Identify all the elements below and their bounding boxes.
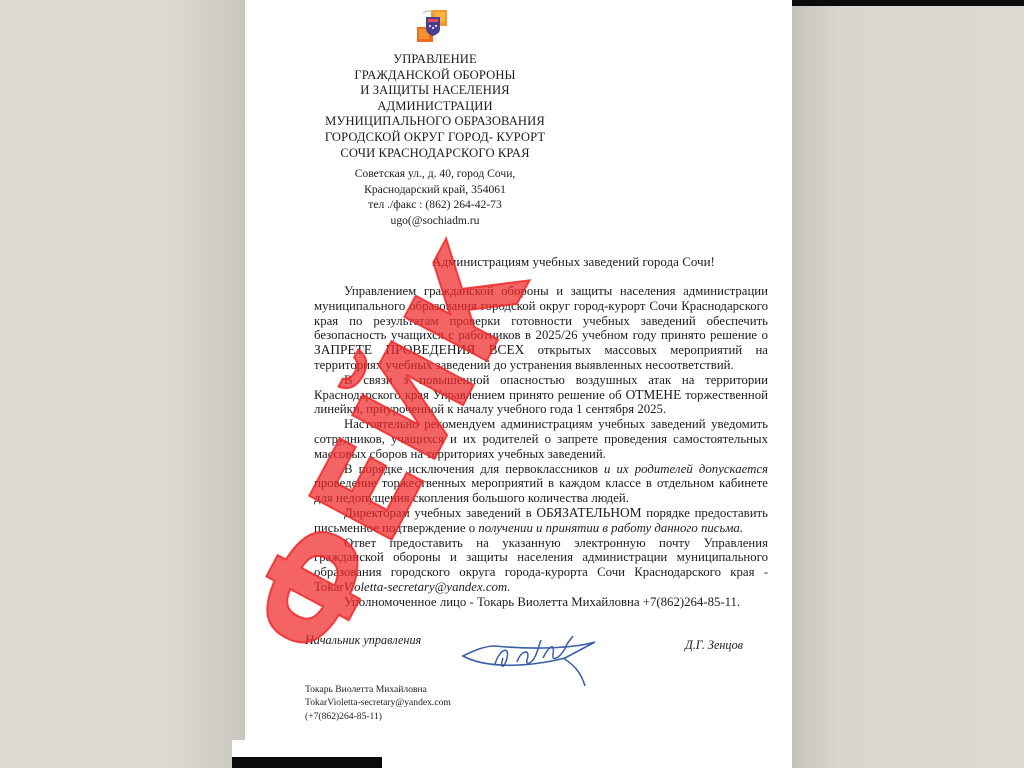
paragraph: Уполномоченное лицо - Токарь Виолетта Ми… — [314, 595, 768, 610]
scan-edge-bottom — [232, 757, 382, 768]
paragraph-text: Уполномоченное лицо - Токарь Виолетта Ми… — [344, 595, 740, 609]
letterhead-line: ГРАЖДАНСКОЙ ОБОРОНЫ — [305, 68, 565, 84]
paragraph: В связи з повышенной опасностью воздушны… — [314, 373, 768, 417]
scan-edge-top — [790, 0, 1024, 6]
letterhead-line: ГОРОДСКОЙ ОКРУГ ГОРОД- КУРОРТ — [305, 130, 565, 146]
emphasis-italic: и их родителей допускается — [604, 462, 768, 476]
contact-phone: (+7(862)264-85-11) — [305, 710, 451, 723]
paragraph-text: Настоятельно рекомендуем администрациям … — [314, 417, 768, 461]
letterhead: УПРАВЛЕНИЕ ГРАЖДАНСКОЙ ОБОРОНЫ И ЗАЩИТЫ … — [305, 52, 565, 161]
signatory-name: Д.Г. Зенцов — [685, 638, 743, 653]
address-region: Краснодарский край, 354061 — [325, 182, 545, 198]
sochi-coat-of-arms-icon — [413, 7, 453, 45]
contact-name: Токарь Виолетта Михайловна — [305, 683, 451, 696]
paragraph-text: В порядке исключения для первоклассников — [344, 462, 604, 476]
signatory-title: Начальник управления — [305, 633, 421, 648]
paragraph: В порядке исключения для первоклассников… — [314, 462, 768, 506]
letter-body: Управлением гражданской обороны и защиты… — [314, 284, 768, 610]
letterhead-line: УПРАВЛЕНИЕ — [305, 52, 565, 68]
paragraph-text: проведение торжественных мероприятий в к… — [314, 476, 768, 505]
letter-page: УПРАВЛЕНИЕ ГРАЖДАНСКОЙ ОБОРОНЫ И ЗАЩИТЫ … — [245, 0, 792, 768]
address-street: Советская ул., д. 40, город Сочи, — [325, 166, 545, 182]
letterhead-line: МУНИЦИПАЛЬНОГО ОБРАЗОВАНИЯ — [305, 114, 565, 130]
contact-block: Токарь Виолетта Михайловна TokarVioletta… — [305, 683, 451, 723]
paragraph-text: Управлением гражданской обороны и защиты… — [314, 284, 768, 342]
letterhead-line: СОЧИ КРАСНОДАРСКОГО КРАЯ — [305, 146, 565, 162]
background-right — [792, 0, 1024, 768]
address-phone: тел ./факс : (862) 264-42-73 — [325, 197, 545, 213]
email-link[interactable]: Violetta-secretary@yandex.com. — [344, 580, 511, 594]
greeting: Администрациям учебных заведений города … — [245, 254, 792, 270]
paragraph: Ответ предоставить на указанную электрон… — [314, 536, 768, 595]
handwritten-signature-icon — [455, 628, 605, 688]
paragraph: Настоятельно рекомендуем администрациям … — [314, 417, 768, 461]
paragraph-text: Директорам учебных заведений в — [344, 506, 536, 520]
letterhead-line: АДМИНИСТРАЦИИ — [305, 99, 565, 115]
sender-address: Советская ул., д. 40, город Сочи, Красно… — [325, 166, 545, 228]
address-email: ugo(@sochiadm.ru — [325, 213, 545, 229]
paragraph: Директорам учебных заведений в ОБЯЗАТЕЛЬ… — [314, 506, 768, 536]
contact-email[interactable]: TokarVioletta-secretary@yandex.com — [305, 696, 451, 709]
emphasis-italic: получении и принятии в работу данного пи… — [478, 521, 743, 535]
emphasis-caps: ЗАПРЕТЕ ПРОВЕДЕНИЯ ВСЕХ — [314, 342, 524, 357]
paragraph: Управлением гражданской обороны и защиты… — [314, 284, 768, 373]
emphasis-caps: ОТМЕНЕ — [626, 387, 682, 402]
letterhead-line: И ЗАЩИТЫ НАСЕЛЕНИЯ — [305, 83, 565, 99]
background-left — [0, 0, 245, 768]
emphasis-caps: ОБЯЗАТЕЛЬНОМ — [536, 505, 641, 520]
